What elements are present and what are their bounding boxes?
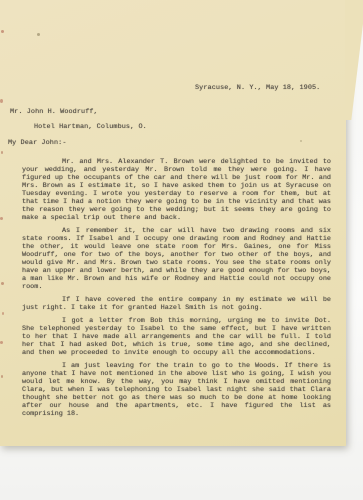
foxing-speck — [1, 30, 4, 33]
letter-paragraph: I am just leaving for the train to go to… — [22, 362, 331, 418]
letter-paragraph: If I have covered the entire company in … — [22, 296, 331, 312]
foxing-speck — [0, 99, 3, 103]
scanned-letter-frame: Syracuse, N. Y., May 18, 1905. Mr. John … — [0, 0, 363, 500]
paper-edge-wedge — [345, 0, 363, 120]
letter-paragraph: Mr. and Mrs. Alexander T. Brown were del… — [22, 158, 331, 222]
letter-page: Syracuse, N. Y., May 18, 1905. Mr. John … — [0, 0, 346, 446]
foxing-speck — [1, 151, 3, 154]
foxing-speck — [1, 375, 3, 378]
paper-stain — [37, 33, 40, 36]
foxing-speck — [0, 217, 3, 220]
letter-paragraph: As I remember it, the car will have two … — [22, 227, 331, 291]
foxing-speck — [2, 312, 4, 315]
foxing-speck — [0, 341, 3, 344]
letter-paragraph: I got a letter from Bob this morning, ur… — [22, 317, 331, 357]
recipient-name: Mr. John H. Woodruff, — [10, 108, 346, 116]
foxing-speck — [1, 282, 4, 285]
salutation: My Dear John:- — [8, 139, 346, 147]
dateline: Syracuse, N. Y., May 18, 1905. — [195, 84, 346, 92]
recipient-address: Hotel Hartman, Columbus, O. — [34, 123, 346, 131]
paper-stain — [300, 140, 302, 142]
